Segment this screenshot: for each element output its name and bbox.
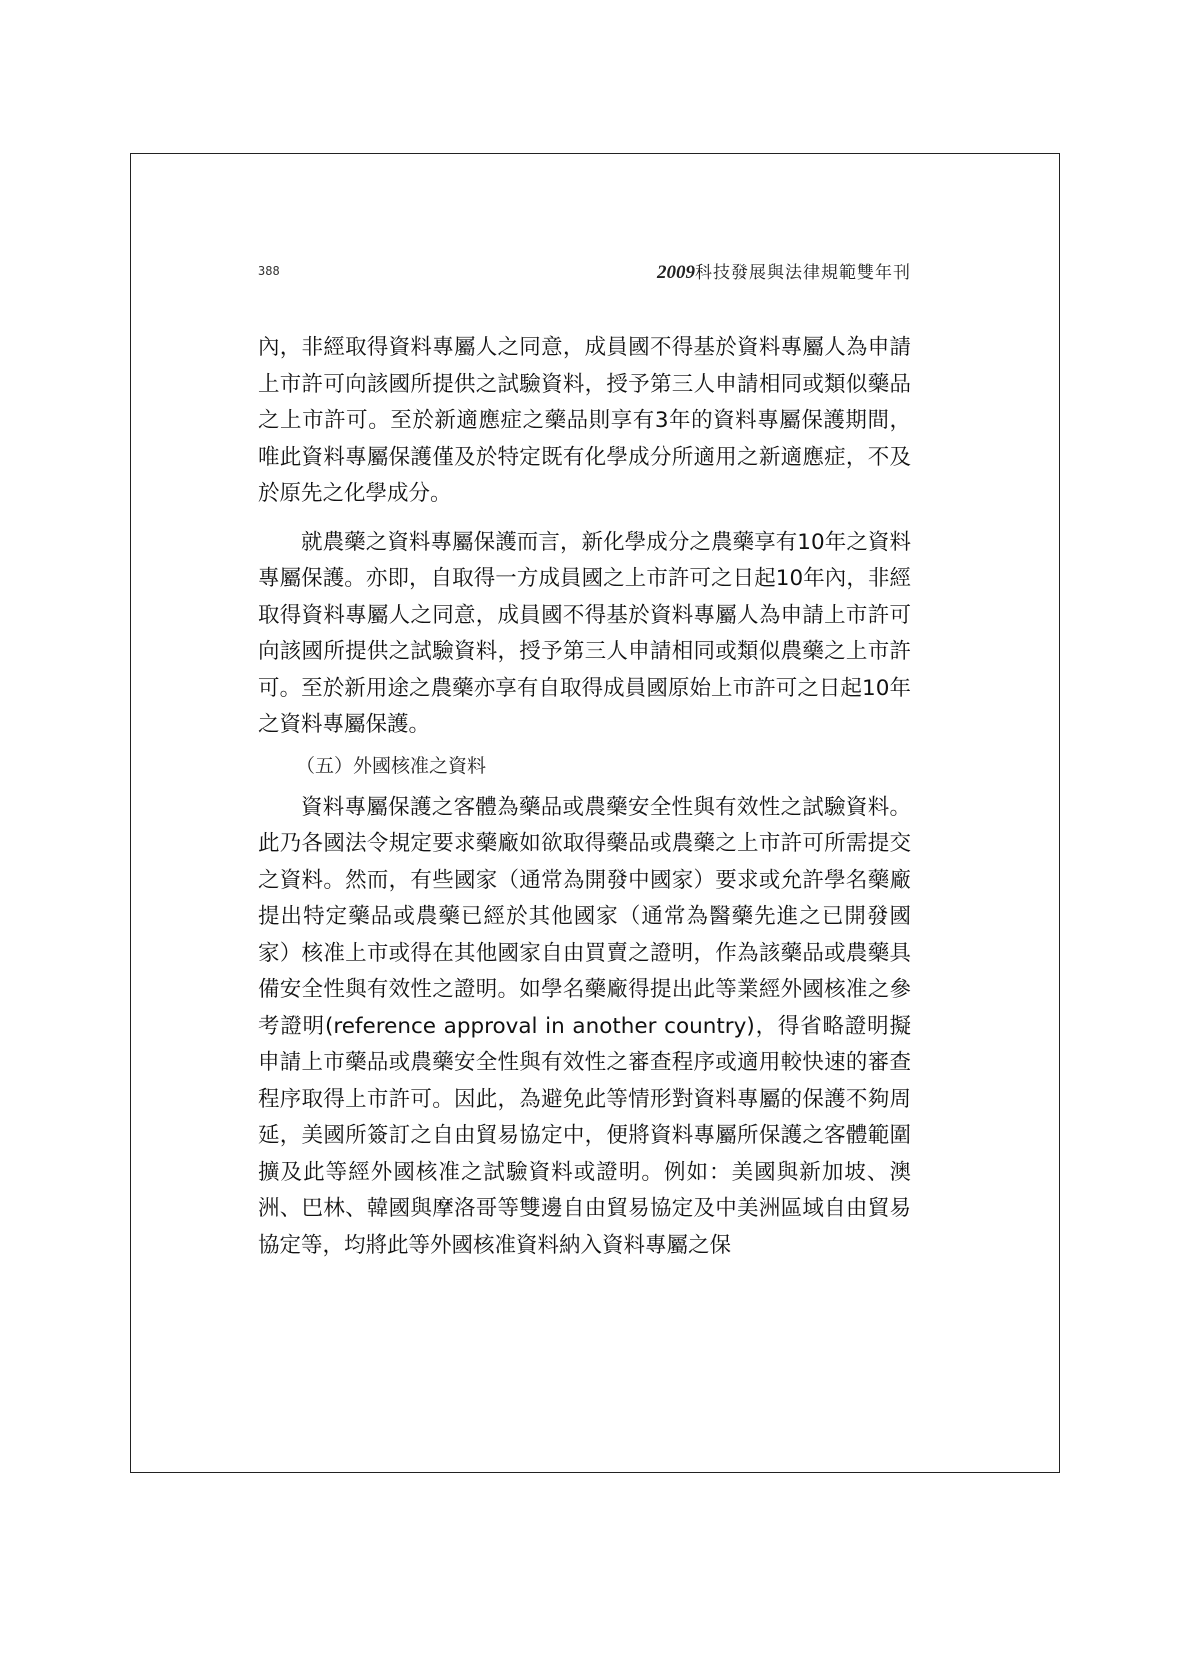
page-body: 內，非經取得資料專屬人之同意，成員國不得基於資料專屬人為申請上市許可向該國所提供… xyxy=(258,330,911,1264)
page-number: 388 xyxy=(258,264,280,278)
running-title-text: 科技發展與法律規範雙年刊 xyxy=(695,263,911,283)
running-title-year: 2009 xyxy=(657,262,695,283)
paragraph-pesticide-protection: 就農藥之資料專屬保護而言，新化學成分之農藥享有10年之資料專屬保護。亦即，自取得… xyxy=(258,525,911,744)
section-heading: （五）外國核准之資料 xyxy=(296,748,911,784)
paragraph-foreign-approval: 資料專屬保護之客體為藥品或農藥安全性與有效性之試驗資料。此乃各國法令規定要求藥廠… xyxy=(258,790,911,1265)
running-title: 2009科技發展與法律規範雙年刊 xyxy=(657,258,911,284)
paragraph-continued: 內，非經取得資料專屬人之同意，成員國不得基於資料專屬人為申請上市許可向該國所提供… xyxy=(258,330,911,513)
page-header: 388 2009科技發展與法律規範雙年刊 xyxy=(258,256,911,286)
